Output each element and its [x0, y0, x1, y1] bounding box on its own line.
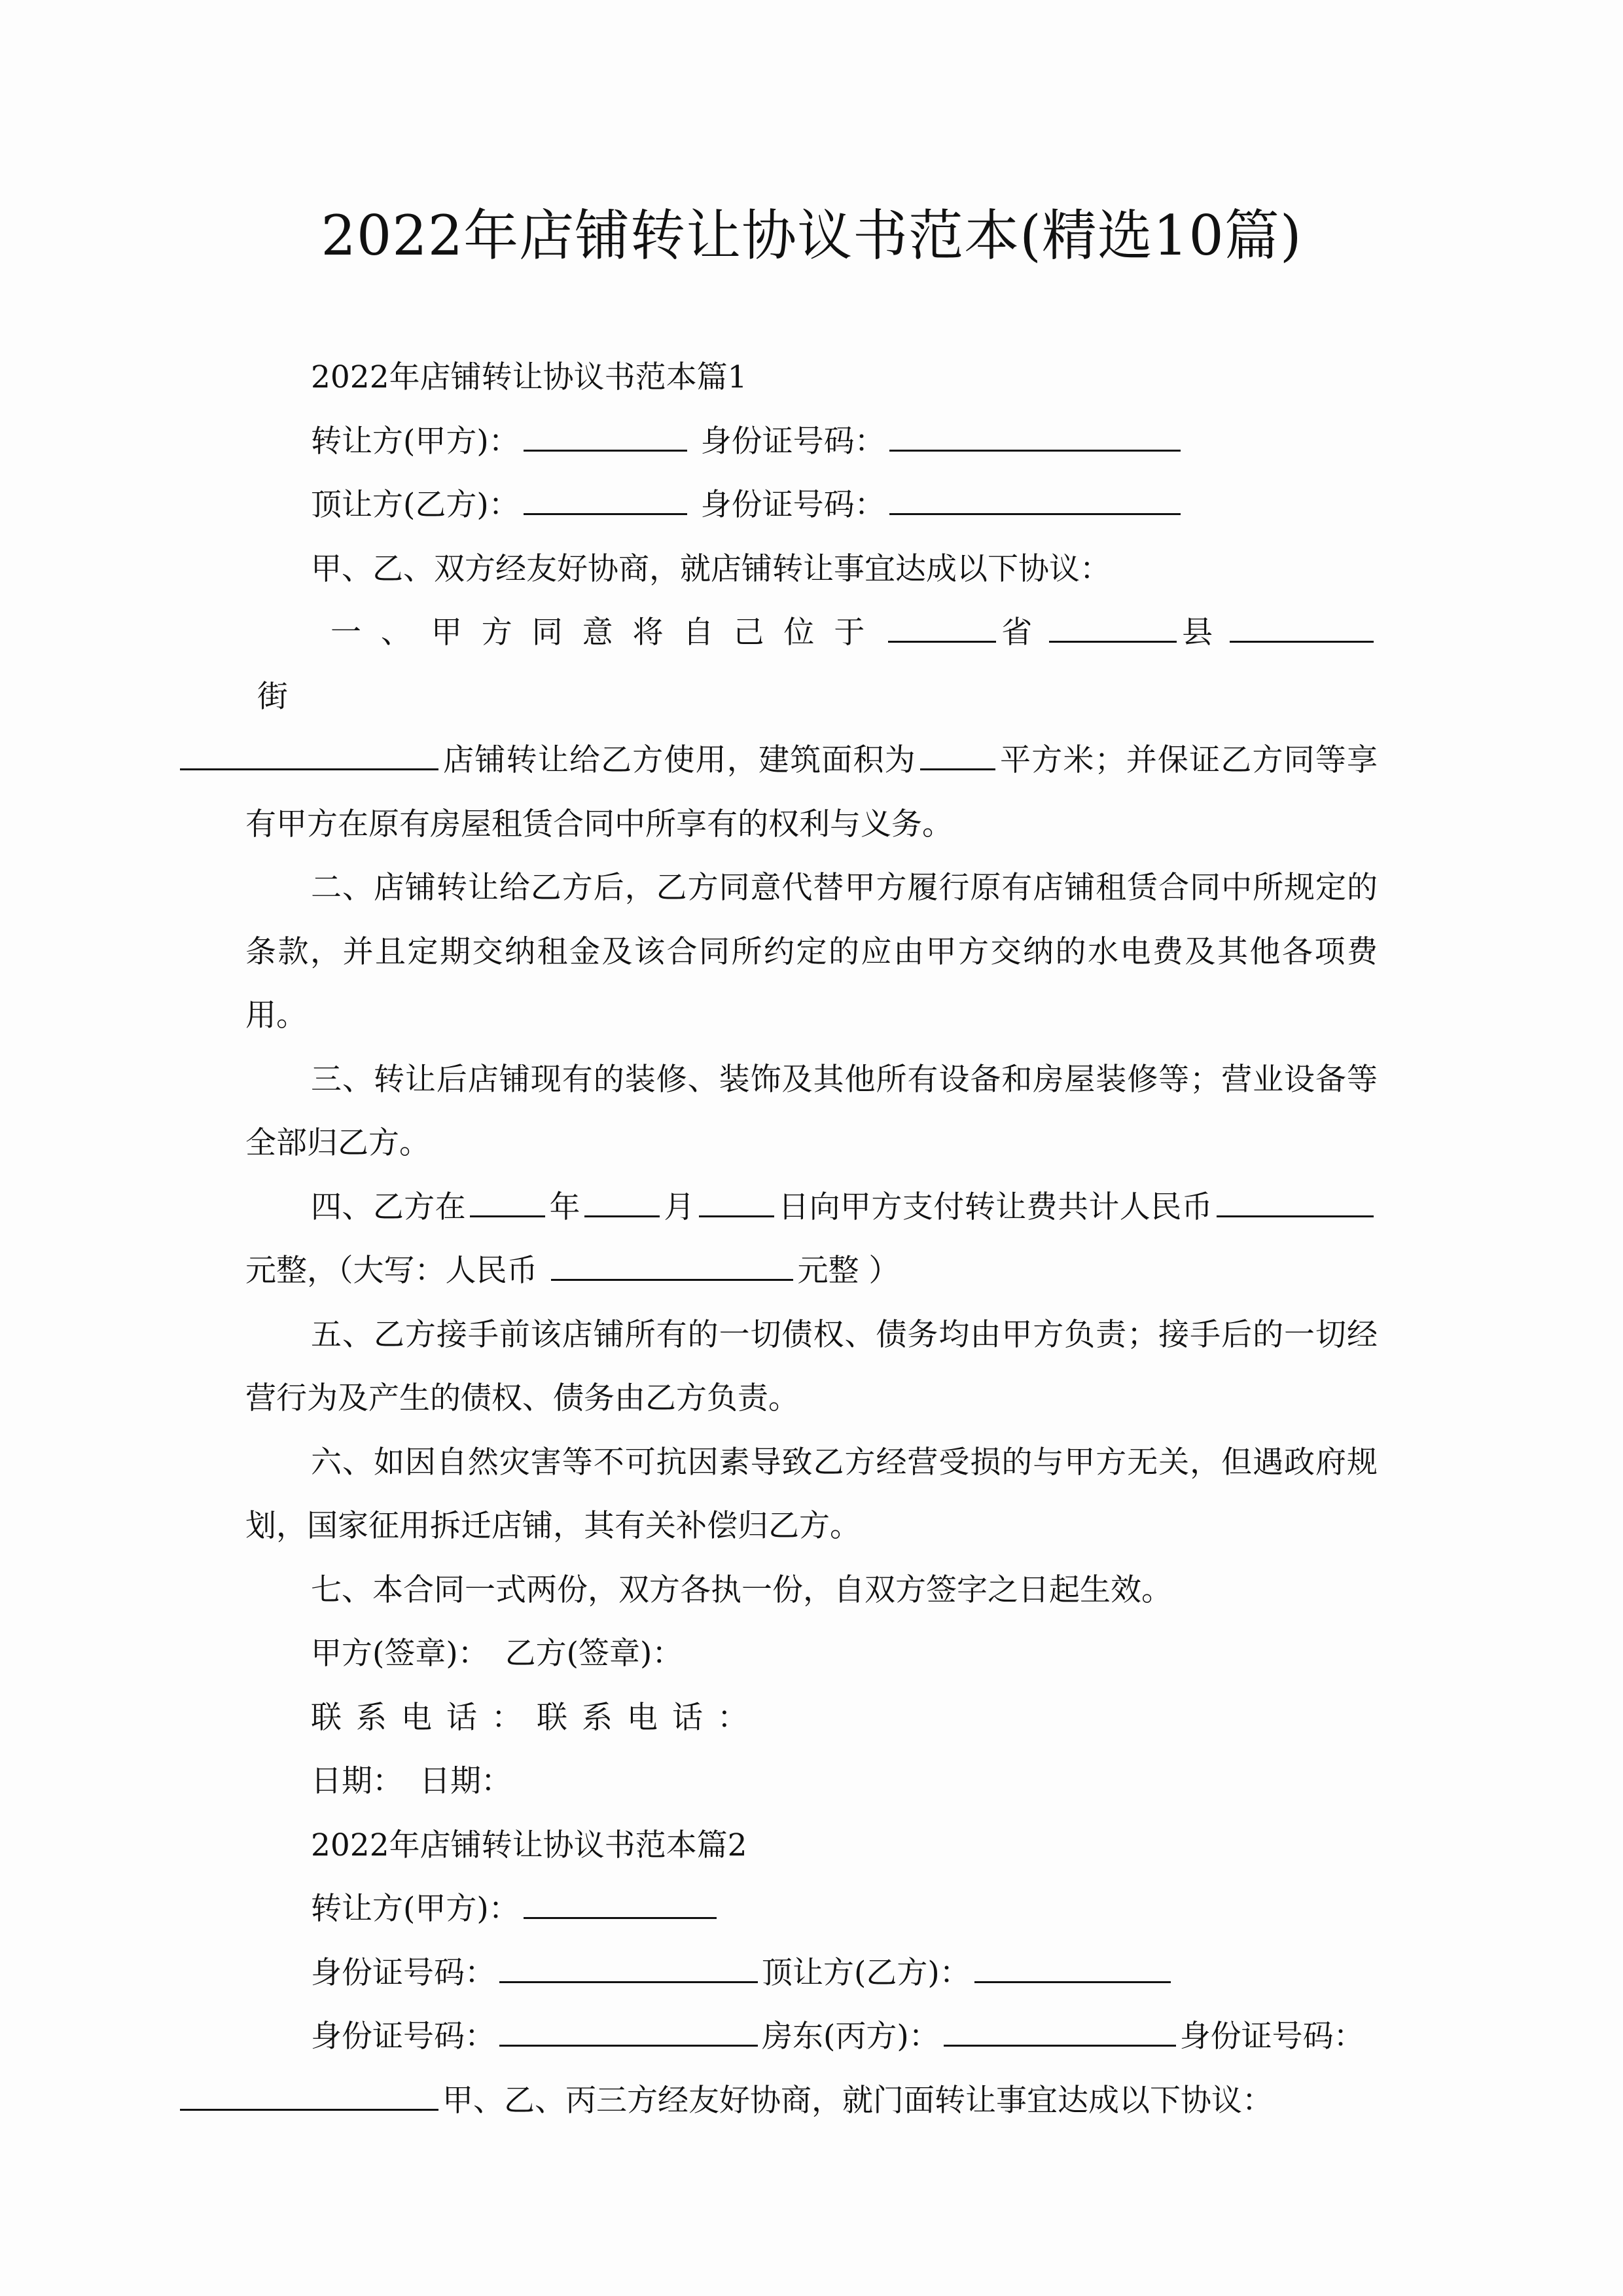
- party-b-id-field[interactable]: [499, 2016, 758, 2047]
- party-b-date-label: 日期：: [419, 1763, 512, 1799]
- party-a-phone-label: 联系电话：: [311, 1700, 537, 1736]
- document-title: 2022年店铺转让协议书范本(精选10篇): [245, 196, 1378, 275]
- area-field[interactable]: [920, 740, 995, 770]
- party-a-signature-label: 甲方(签章)：: [311, 1636, 489, 1672]
- party-a-name-field[interactable]: [524, 1888, 717, 1919]
- shop-address-field[interactable]: [180, 740, 438, 770]
- amount-in-words-field[interactable]: [551, 1250, 793, 1281]
- id-number-label: 身份证号码：: [701, 423, 885, 459]
- county-label: 县: [1181, 615, 1214, 651]
- party-b-phone-label: 联系电话：: [537, 1700, 762, 1736]
- id-number-label: 身份证号码：: [1180, 2018, 1364, 2054]
- clause-5: 五、乙方接手前该店铺所有的一切债权、债务均由甲方负责；接手后的一切经营行为及产生…: [245, 1303, 1378, 1431]
- id-and-landlord-line: 身份证号码：房东(丙方)：身份证号码：甲、乙、丙三方经友好协商，就门面转让事宜达…: [245, 2005, 1378, 2132]
- landlord-name-field[interactable]: [944, 2016, 1176, 2047]
- phone-line: 联系电话：联系电话：: [245, 1686, 1378, 1750]
- payment-month-field[interactable]: [584, 1187, 660, 1217]
- street-label: 街: [257, 679, 288, 715]
- signature-line: 甲方(签章)： 乙方(签章)：: [245, 1622, 1378, 1686]
- party-a-label: 转让方(甲方)：: [311, 1891, 520, 1927]
- clause-1: 一、甲方同意将自己位于省县街店铺转让给乙方使用，建筑面积为平方米；并保证乙方同等…: [245, 601, 1378, 856]
- party-b-label: 顶让方(乙方)：: [311, 487, 520, 523]
- clause-4-text-4: 元整 ）: [797, 1253, 899, 1289]
- payment-year-field[interactable]: [470, 1187, 545, 1217]
- province-label: 省: [1000, 615, 1033, 651]
- party-b-id-field[interactable]: [889, 484, 1181, 515]
- clause-7: 七、本合同一式两份，双方各执一份，自双方签字之日起生效。: [245, 1558, 1378, 1623]
- county-field[interactable]: [1049, 612, 1177, 643]
- month-label: 月: [664, 1189, 695, 1225]
- section-heading: 2022年店铺转让协议书范本篇1: [245, 346, 1378, 410]
- street-field[interactable]: [1230, 612, 1374, 643]
- year-label: 年: [549, 1189, 580, 1225]
- party-a-label: 转让方(甲方)：: [311, 423, 520, 459]
- clause-2: 二、店铺转让给乙方后，乙方同意代替甲方履行原有店铺租赁合同中所规定的条款，并且定…: [245, 856, 1378, 1048]
- date-line: 日期： 日期：: [245, 1749, 1378, 1814]
- clause-4-text-2: 日向甲方支付转让费共计人民币: [778, 1189, 1213, 1225]
- party-a-name-field[interactable]: [524, 421, 687, 452]
- document-body: 2022年店铺转让协议书范本篇1 转让方(甲方)： 身份证号码： 顶让方(乙方)…: [245, 346, 1378, 2132]
- party-b-line: 顶让方(乙方)： 身份证号码：: [245, 473, 1378, 537]
- clause-4-text-3: 元整，（大写：人民币: [245, 1253, 538, 1289]
- payment-day-field[interactable]: [699, 1187, 774, 1217]
- clause-3: 三、转让后店铺现有的装修、装饰及其他所有设备和房屋装修等；营业设备等全部归乙方。: [245, 1048, 1378, 1175]
- id-number-label: 身份证号码：: [701, 487, 885, 523]
- amount-field[interactable]: [1217, 1187, 1374, 1217]
- agreement-intro: 甲、乙、丙三方经友好协商，就门面转让事宜达成以下协议：: [442, 2083, 1273, 2119]
- party-b-name-field[interactable]: [524, 484, 687, 515]
- id-number-label: 身份证号码：: [311, 1955, 495, 1991]
- party-b-label: 顶让方(乙方)：: [762, 1955, 971, 1991]
- clause-1-text-2: 店铺转让给乙方使用，建筑面积为: [442, 742, 916, 778]
- province-field[interactable]: [888, 612, 996, 643]
- landlord-label: 房东(丙方)：: [762, 2018, 940, 2054]
- party-a-line: 转让方(甲方)： 身份证号码：: [245, 410, 1378, 474]
- party-a-line: 转让方(甲方)：: [245, 1877, 1378, 1941]
- section-heading: 2022年店铺转让协议书范本篇2: [245, 1814, 1378, 1878]
- clause-1-text: 一、甲方同意将自己位于: [330, 615, 884, 651]
- party-a-id-field[interactable]: [499, 1952, 758, 1983]
- landlord-id-field[interactable]: [180, 2080, 438, 2111]
- clause-6: 六、如因自然灾害等不可抗因素导致乙方经营受损的与甲方无关，但遇政府规划，国家征用…: [245, 1431, 1378, 1558]
- id-and-party-b-line: 身份证号码：顶让方(乙方)：: [245, 1941, 1378, 2005]
- party-a-date-label: 日期：: [311, 1763, 403, 1799]
- party-a-id-field[interactable]: [889, 421, 1181, 452]
- party-b-signature-label: 乙方(签章)：: [505, 1636, 683, 1672]
- agreement-intro: 甲、乙、双方经友好协商，就店铺转让事宜达成以下协议：: [245, 537, 1378, 601]
- clause-4-text: 四、乙方在: [311, 1189, 466, 1225]
- id-number-label: 身份证号码：: [311, 2018, 495, 2054]
- clause-4: 四、乙方在年月日向甲方支付转让费共计人民币元整，（大写：人民币 元整 ）: [245, 1175, 1378, 1303]
- party-b-name-field[interactable]: [974, 1952, 1171, 1983]
